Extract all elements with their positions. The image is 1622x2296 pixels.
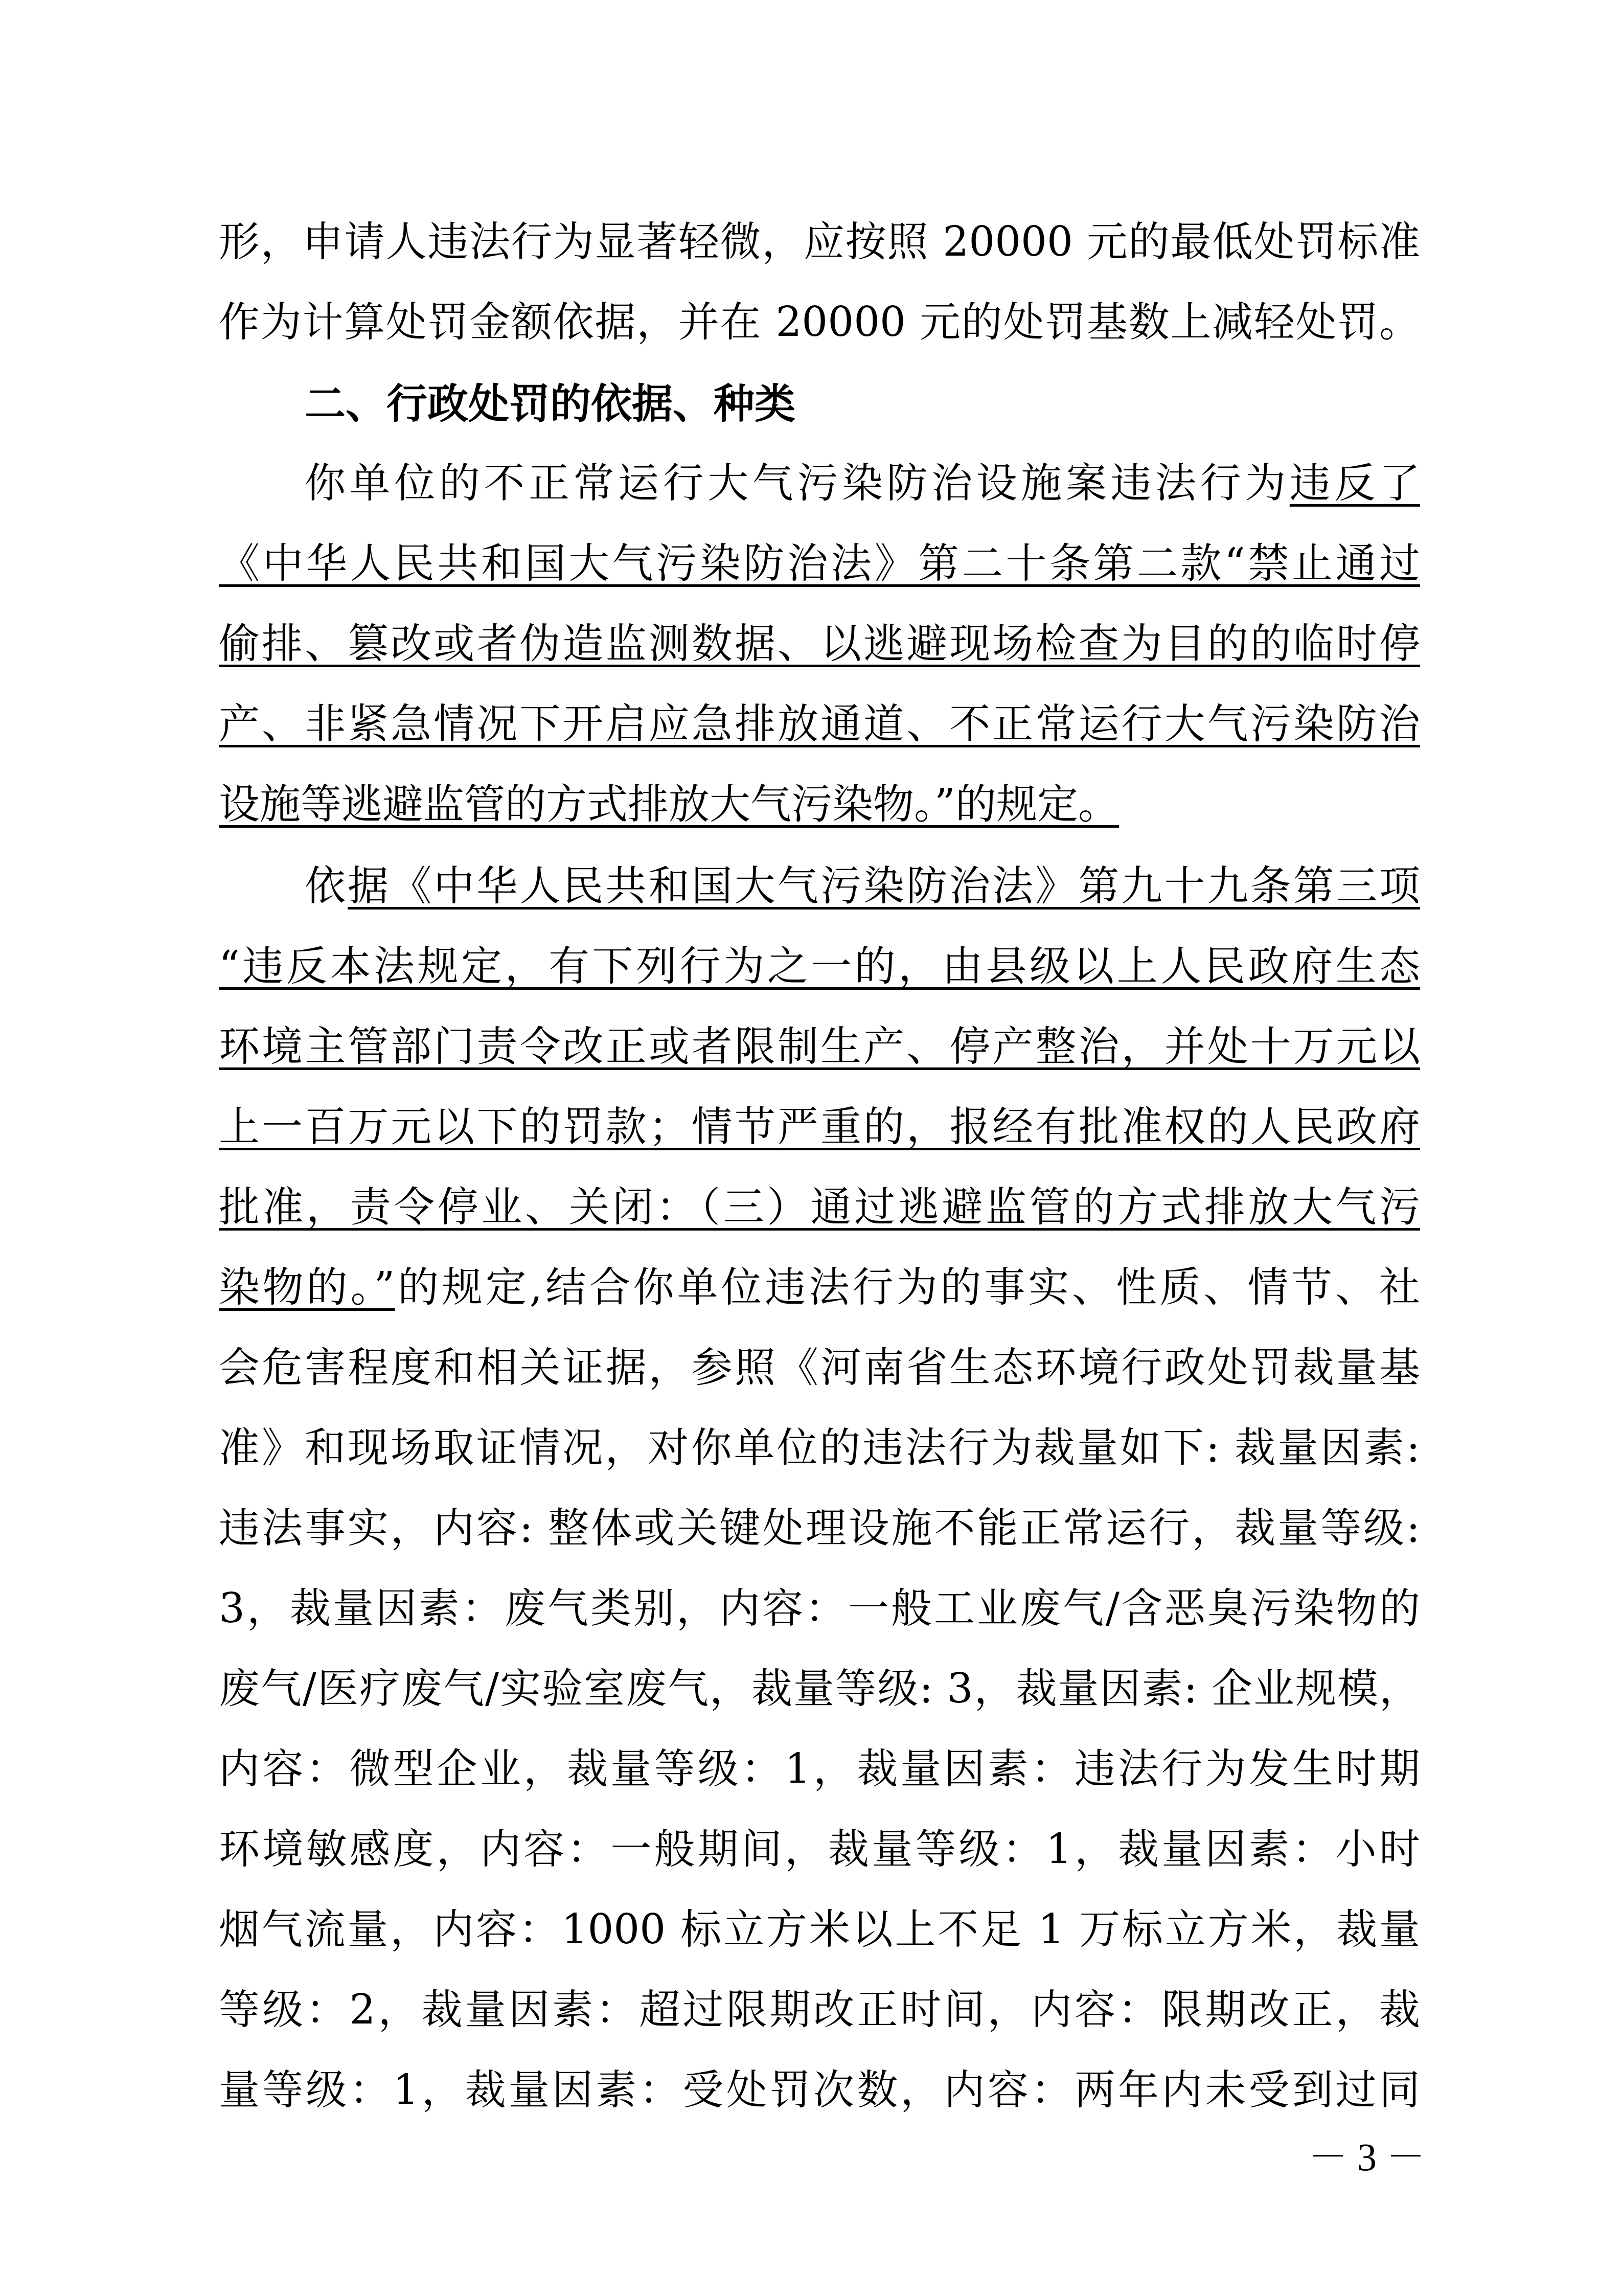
paragraph-3-line-13: 环境敏感度，内容：一般期间，裁量等级：1，裁量因素：小时 xyxy=(219,1821,1420,1877)
underlined-quote-text: 《中华人民共和国大气污染防治法》第二十条第二款“禁止通过 xyxy=(219,539,1420,587)
paragraph-3-line-1-underlined: 据《中华人民共和国大气污染防治法》第九十九条第三项 xyxy=(348,862,1420,910)
paragraph-2-line-3: 偷排、篡改或者伪造监测数据、以逃避现场检查为目的的临时停 xyxy=(219,616,1420,672)
paragraph-3-line-16: 量等级：1，裁量因素：受处罚次数，内容：两年内未受到过同 xyxy=(219,2062,1420,2118)
paragraph-3-line-7: 会危害程度和相关证据，参照《河南省生态环境行政处罚裁量基 xyxy=(219,1339,1420,1396)
paragraph-3-line-3: 环境主管部门责令改正或者限制生产、停产整治，并处十万元以 xyxy=(219,1018,1420,1075)
paragraph-3-line-6-text: 的规定,结合你单位违法行为的事实、性质、情节、社 xyxy=(395,1263,1420,1311)
underlined-quote-end: 染物的。” xyxy=(219,1263,395,1311)
paragraph-3-line-6: 染物的。”的规定,结合你单位违法行为的事实、性质、情节、社 xyxy=(219,1259,1420,1315)
paragraph-3-line-11: 废气/医疗废气/实验室废气，裁量等级: 3，裁量因素: 企业规模， xyxy=(219,1661,1420,1717)
paragraph-3-line-10: 3，裁量因素：废气类别，内容：一般工业废气/含恶臭污染物的 xyxy=(219,1580,1420,1636)
paragraph-2-line-1-text: 你单位的不正常运行大气污染防治设施案违法行为 xyxy=(305,459,1290,507)
paragraph-3-line-8: 准》和现场取证情况，对你单位的违法行为裁量如下: 裁量因素: xyxy=(219,1420,1420,1476)
underlined-quote-text: 设施等逃避监管的方式排放大气污染物。”的规定。 xyxy=(219,780,1119,828)
paragraph-3-line-4: 上一百万元以下的罚款；情节严重的，报经有批准权的人民政府 xyxy=(219,1099,1420,1155)
paragraph-1-line-2: 作为计算处罚金额依据，并在 20000 元的处罚基数上减轻处罚。 xyxy=(219,294,1420,350)
paragraph-3-line-2: “违反本法规定，有下列行为之一的，由县级以上人民政府生态 xyxy=(219,938,1420,994)
page-number: － 3 － xyxy=(1309,2132,1421,2183)
underlined-quote-text: 产、非紧急情况下开启应急排放通道、不正常运行大气污染防治 xyxy=(219,700,1420,747)
paragraph-3-line-12: 内容：微型企业，裁量等级：1，裁量因素：违法行为发生时期 xyxy=(219,1741,1420,1797)
paragraph-2-line-1-underlined: 违反了 xyxy=(1290,459,1420,507)
paragraph-3-line-15: 等级：2，裁量因素：超过限期改正时间，内容：限期改正，裁 xyxy=(219,1982,1420,2038)
underlined-quote-text: 批准，责令停业、关闭：（三）通过逃避监管的方式排放大气污 xyxy=(219,1183,1420,1231)
paragraph-2-line-1: 你单位的不正常运行大气污染防治设施案违法行为违反了 xyxy=(305,455,1420,511)
document-page: 形，申请人违法行为显著轻微，应按照 20000 元的最低处罚标准 作为计算处罚金… xyxy=(0,0,1622,2296)
underlined-quote-text: 环境主管部门责令改正或者限制生产、停产整治，并处十万元以 xyxy=(219,1022,1420,1070)
paragraph-3-line-5: 批准，责令停业、关闭：（三）通过逃避监管的方式排放大气污 xyxy=(219,1179,1420,1235)
paragraph-3-line-9: 违法事实，内容: 整体或关键处理设施不能正常运行，裁量等级: xyxy=(219,1500,1420,1556)
section-heading: 二、行政处罚的依据、种类 xyxy=(305,376,795,432)
paragraph-3-line-14: 烟气流量，内容：1000 标立方米以上不足 1 万标立方米，裁量 xyxy=(219,1901,1420,1958)
paragraph-3-line-1-text: 依 xyxy=(305,862,348,910)
underlined-quote-text: 偷排、篡改或者伪造监测数据、以逃避现场检查为目的的临时停 xyxy=(219,620,1420,667)
underlined-quote-text: 上一百万元以下的罚款；情节严重的，报经有批准权的人民政府 xyxy=(219,1103,1420,1150)
paragraph-2-line-2: 《中华人民共和国大气污染防治法》第二十条第二款“禁止通过 xyxy=(219,535,1420,592)
underlined-quote-text: “违反本法规定，有下列行为之一的，由县级以上人民政府生态 xyxy=(219,942,1420,990)
paragraph-3-line-1: 依据《中华人民共和国大气污染防治法》第九十九条第三项 xyxy=(305,858,1420,914)
paragraph-2-line-5: 设施等逃避监管的方式排放大气污染物。”的规定。 xyxy=(219,776,1420,832)
paragraph-1-line-1: 形，申请人违法行为显著轻微，应按照 20000 元的最低处罚标准 xyxy=(219,214,1420,270)
paragraph-2-line-4: 产、非紧急情况下开启应急排放通道、不正常运行大气污染防治 xyxy=(219,696,1420,752)
